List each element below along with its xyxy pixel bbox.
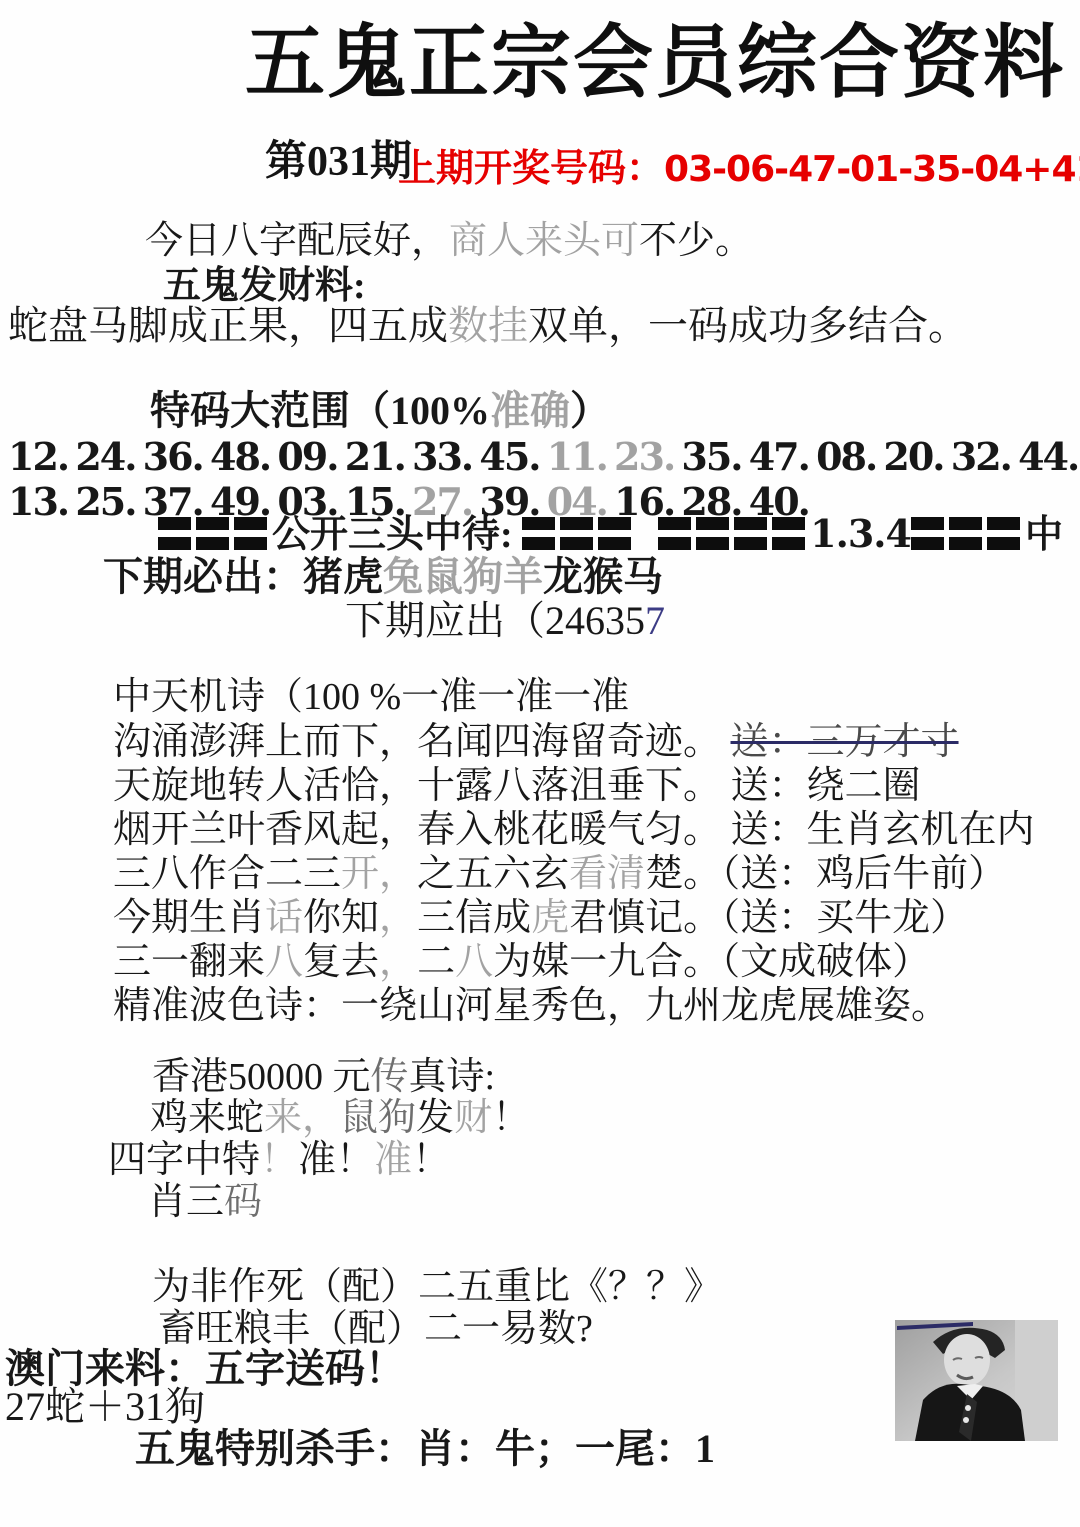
killer-line: 五鬼特别杀手：肖：牛；一尾：1 bbox=[135, 1428, 715, 1470]
lottery-tip-sheet: 五鬼正宗会员综合资料 第031期 上期开奖号码：03-06-47-01-35-0… bbox=[0, 0, 1080, 1527]
pairing-line-2: 畜旺粮丰（配）二一易数? bbox=[158, 1310, 593, 1350]
poem-line-4: 三八作合二三开，之五六玄看清楚。（送：鸡后牛前） bbox=[113, 855, 1006, 895]
last-draw-label: 上期开奖号码： bbox=[398, 148, 664, 190]
poem-line-3: 烟开兰叶香风起，春入桃花暖气匀。 送：生肖玄机在内 bbox=[113, 811, 1035, 851]
poem-title: 中天机诗（100 %一准一准一准 bbox=[113, 678, 629, 718]
last-draw-numbers: 03-06-47-01-35-04+41 bbox=[664, 149, 1080, 190]
fax-line-4: 肖三码 bbox=[148, 1183, 262, 1223]
trigram-blocks-lead bbox=[158, 514, 272, 556]
last-draw-line: 上期开奖号码：03-06-47-01-35-04+41 bbox=[398, 150, 1080, 190]
three-heads-row: 公开三头中待: 1.3.4中 bbox=[158, 514, 1063, 556]
pairing-line-1: 为非作死（配）二五重比《？？》 bbox=[152, 1268, 722, 1308]
portrait-photo-image bbox=[895, 1320, 1058, 1441]
three-heads-suffix: 中 bbox=[1025, 514, 1063, 556]
page-title: 五鬼正宗会员综合资料 bbox=[245, 22, 1065, 106]
poem-line-2: 天旋地转人活恰，十露八落沮垂下。 送：绕二圈 bbox=[113, 767, 921, 807]
poem-line-1: 沟涌澎湃上而下，名闻四海留奇迹。 送：三万才寸 bbox=[113, 723, 959, 763]
facai-verse: 蛇盘马脚成正果，四五成数挂双单，一码成功多结合。 bbox=[8, 305, 968, 347]
next-should-line: 下期应出（246357 bbox=[345, 600, 665, 642]
portrait-photo bbox=[895, 1320, 1058, 1441]
next-must-line: 下期必出：猪虎兔鼠狗羊龙猴马 bbox=[103, 556, 663, 598]
bazi-line: 今日八字配辰好，商人来头可不少。 bbox=[145, 222, 753, 262]
poem-line-5: 今期生肖话你知，三信成虎君慎记。（送：买牛龙） bbox=[113, 899, 968, 939]
facai-heading: 五鬼发财料: bbox=[163, 267, 366, 307]
poem-line-6: 三一翻来八复去，二八为媒一九合。（文成破体） bbox=[113, 943, 930, 983]
trigram-blocks-group2 bbox=[658, 514, 810, 556]
range-heading: 特码大范围（100%准确） bbox=[150, 390, 610, 432]
issue-number: 第031期 bbox=[265, 140, 412, 184]
macau-line-2: 27蛇＋31狗 bbox=[5, 1386, 205, 1428]
trigram-blocks-group3 bbox=[911, 514, 1025, 556]
three-heads-label: 公开三头中待: bbox=[272, 514, 522, 556]
fax-line-1: 香港50000 元传真诗: bbox=[152, 1058, 495, 1098]
wave-color-poem: 精准波色诗：一绕山河星秀色，九州龙虎展雄姿。 bbox=[113, 987, 949, 1027]
trigram-blocks-group1 bbox=[522, 514, 636, 556]
fax-line-2: 鸡来蛇来，鼠狗发财！ bbox=[150, 1099, 530, 1139]
fax-line-3: 四字中特！准！准！ bbox=[108, 1141, 450, 1181]
range-row-1: 12. 24. 36. 48. 09. 21. 33. 45. 11. 23. … bbox=[8, 437, 1080, 477]
three-heads-numbers: 1.3.4 bbox=[810, 511, 911, 556]
